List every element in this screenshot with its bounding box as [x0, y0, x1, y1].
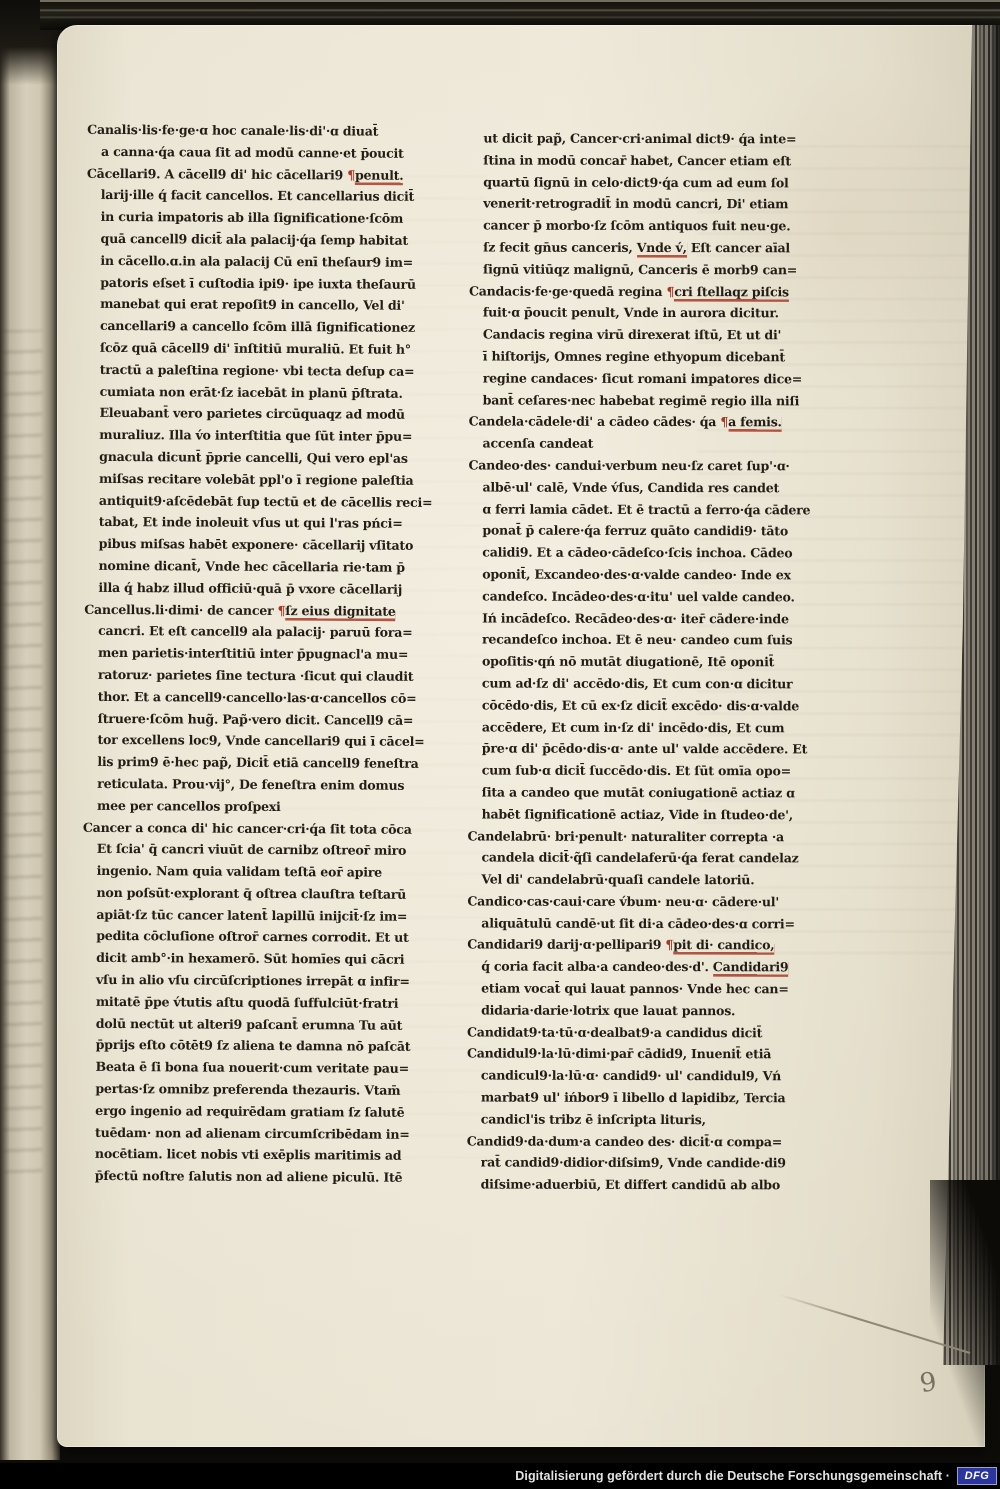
text-line: patoris eſset ī cuſtodia ipi9· ipe iuxta… [100, 272, 468, 296]
text-line: tabat, Et inde inoleuit vſus ut qui l'ra… [99, 511, 467, 535]
text-line: Cācellari9. A cācell9 di' hic cācellari9… [87, 162, 469, 186]
text-line: Candidari9 darij·ɑ·pellipari9 ¶pit di· c… [467, 934, 849, 957]
text-line: Cancellus.li·dimi· de cancer ¶ſz eius di… [84, 598, 466, 622]
text-line: cancellari9 a cancello ſcōm illā ſignifi… [100, 315, 468, 339]
text-line: Eleuabant̄ vero parietes circūquaqz ad m… [99, 402, 467, 426]
text-line: muraliuz. Illa v́o interſtitia que ſūt i… [99, 424, 467, 448]
text-line: diſsime·aduerbiū, Et differt candidū ab … [481, 1174, 849, 1197]
text-line: men parietis·interſtitiū inter p̄pugnacl… [98, 642, 466, 666]
text-line: didaria·darie·lotrix que lauat pannos. [481, 999, 849, 1022]
text-line: opoſitis·qń nō mutāt diugationē, Itē opo… [482, 651, 850, 674]
digitization-credit-bar: Digitalisierung gefördert durch die Deut… [0, 1463, 1000, 1489]
text-line: cumiata non erāt·ſz iacebāt in planū p̄ſ… [100, 380, 468, 404]
text-column-left: Canalis·lis·fe·ge·ɑ hoc canale·lis·di'·ɑ… [81, 119, 470, 1189]
text-line: tor excellens loc9, Vnde cancellari9 qui… [97, 729, 465, 753]
text-line: cōcēdo·dis, Et cū ex·ſz dicit̄ excēdo· d… [482, 694, 850, 717]
text-line: aliquātulū candē·ut ſit di·a cādeo·des·ɑ… [481, 912, 849, 935]
text-line: ponat̄ p̄ calere·q́a ferruz quāto candid… [482, 520, 850, 543]
text-line: rat̄ candid9·didior·diſsim9, Vnde candid… [481, 1152, 849, 1175]
text-line: quā cancell9 dicit̄ ala palacij·q́a ſemp… [100, 228, 468, 252]
rubric-paraph-mark: ¶ [347, 167, 355, 182]
text-line: antiquit9·aſcēdebāt ſup tectū et de cāce… [99, 489, 467, 513]
text-line: gnacula dicunt̄ p̄prie cancelli, Qui ver… [99, 446, 467, 470]
text-line: Candacis·fe·ge·quedā regina ¶cri ſtellaq… [469, 280, 851, 303]
text-line: ſcōz quā cācell9 di' īnſtitiū muraliū. E… [100, 337, 468, 361]
text-column-right: ut dicit pap̃, Cancer·cri·animal dict9· … [467, 128, 852, 1197]
text-line: non poſsūt·explorant q̄ oſtrea clauſtra … [96, 882, 464, 906]
text-line: pedita cōcluſione oſtror̄ carnes corrodi… [96, 925, 464, 949]
text-line: ɑ ferri lamia cādet. Et ē tractū a ferro… [482, 498, 850, 521]
text-line: calidi9. Et a cādeo·cādeſco·ſcis inchoa.… [482, 542, 850, 565]
text-line: p̄prijs eſto cōtēt9 ſz aliena te damna n… [96, 1034, 464, 1058]
text-line: pertas·ſz omnibz preferenda thezauris. V… [95, 1078, 463, 1102]
text-line: reticulata. Prou·vij°, De feneſtra enim … [97, 773, 465, 797]
text-line: Candid9·da·dum·a candeo des· dicit̄·ɑ co… [467, 1130, 849, 1153]
dfg-logo: DFG [957, 1467, 997, 1485]
text-line: ſz fecit gn̄us canceris, Vnde v́, Eſt ca… [483, 237, 851, 260]
text-line: candela dicit̄·q̃ſi candelaferū·q́a fera… [481, 847, 849, 870]
text-line: p̄re·ɑ di' p̄cēdo·dis·ɑ· ante ul' valde … [482, 738, 850, 761]
scanned-book-photograph: Canalis·lis·fe·ge·ɑ hoc canale·lis·di'·ɑ… [0, 0, 1000, 1489]
rubricated-underline: pit di· candico, [673, 938, 774, 953]
text-line: ut dicit pap̃, Cancer·cri·animal dict9· … [483, 128, 851, 151]
rubricated-underline: a femis. [728, 415, 782, 430]
text-line: mee per cancellos proſpexi [97, 795, 465, 819]
text-line: pibus miſsas habēt exponere· cācellarij … [99, 533, 467, 557]
text-line: cum ad·ſz di' accēdo·dis, Et cum con·ɑ d… [482, 672, 850, 695]
text-line: Candico·cas·caui·care v́bum· neu·ɑ· cāde… [467, 890, 849, 913]
text-line: ſita a candeo que mutāt coniugationē act… [482, 781, 850, 804]
facing-page-bleedthrough [0, 330, 42, 1190]
text-line: vſu in alio vſu circūſcriptiones irrepāt… [96, 969, 464, 993]
text-line: candicl'is tribz ē inſcripta lituris, [481, 1108, 849, 1131]
rubric-paraph-mark: ¶ [278, 603, 286, 618]
text-line: regine candaces· ſicut romani impatores … [483, 367, 851, 390]
text-line: Candelabrū· bri·penult· naturaliter corr… [468, 825, 850, 848]
text-line: candeſco. Incādeo·des·ɑ·itu' uel valde c… [482, 585, 850, 608]
text-line: ingenio. Nam quia validam teſtā eor̄ api… [97, 860, 465, 884]
rubricated-underline: Vnde v́, [637, 240, 687, 255]
text-line: apiāt·ſz tūc cancer latent̄ lapillū inij… [96, 904, 464, 928]
text-line: manebat qui erat repoſit9 in cancello, V… [100, 293, 468, 317]
text-line: marbat9 ul' ińbor9 ī libello d lapidibz,… [481, 1087, 849, 1110]
rubricated-underline: cri ſtellaqz piſcis [674, 284, 789, 299]
text-line: Beata ē ſi bona ſua nouerit·cum veritate… [95, 1056, 463, 1080]
text-line: ratoruz· parietes ſine tectura ·ſicut qu… [98, 664, 466, 688]
text-line: q́ coria facit alba·a candeo·des·d'. Can… [481, 956, 849, 979]
text-line: cancri. Et eſt cancell9 ala palacij· par… [98, 620, 466, 644]
text-line: Canalis·lis·fe·ge·ɑ hoc canale·lis·di'·ɑ… [87, 119, 469, 143]
text-line: ſignū vitiūqz malignū, Canceris ē morb9 … [483, 258, 851, 281]
text-line: p̄fectū noſtre ſalutis non ad aliene pic… [95, 1165, 463, 1189]
text-line: dolū nectūt ut alteri9 paſcant̄ erumna T… [96, 1013, 464, 1037]
text-line: mitatē p̄pe v́tutis aſtu quodā ſuffulciū… [96, 991, 464, 1015]
text-line: venerit·retrogradit̄ in modū cancri, Di'… [483, 193, 851, 216]
text-line: accēdere, Et cum in·ſz di' incēdo·dis, E… [482, 716, 850, 739]
text-line: ergo ingenio ad requirēdam gratiam ſz ſa… [95, 1100, 463, 1124]
text-line: habēt ſignificationē actiaz, Vide in ſtu… [482, 803, 850, 826]
text-line: larij·ille q́ facit cancellos. Et cancel… [101, 184, 469, 208]
text-line: albē·ul' calē, Vnde v́ſus, Candida res c… [482, 476, 850, 499]
text-line: a canna·q́a caua ſit ad modū canne·et p̄… [101, 141, 469, 165]
text-line: Iń incādeſco. Recādeo·des·ɑ· iter̄ cāder… [482, 607, 850, 630]
text-line: miſsas recitare volebāt ppl'o ī regione … [99, 468, 467, 492]
text-line: Candidat9·ta·tū·ɑ·dealbat9·a candidus di… [467, 1021, 849, 1044]
text-line: Candela·cādele·di' a cādeo cādes· q́a ¶a… [469, 411, 851, 434]
text-line: candicul9·la·lū·ɑ· candid9· ul' candidul… [481, 1065, 849, 1088]
rubric-paraph-mark: ¶ [720, 415, 728, 430]
text-line: cum ſub·ɑ dicit̄ ſuccēdo·dis. Et ſūt omī… [482, 760, 850, 783]
rubricated-underline: penult. [355, 167, 403, 182]
text-line: Et ſcia' q̄ cancri viuūt de carnibz oſtr… [97, 838, 465, 862]
text-line: lis prim9 ē·hec pap̃, Dicit̄ etiā cancel… [97, 751, 465, 775]
rubricated-underline: ſz eius dignitate [285, 603, 395, 619]
text-line: Vel di' candelabrū·quaſi candele latoriū… [481, 869, 849, 892]
text-line: illa q́ habz illud officiū·quā p̄ vxore … [98, 577, 466, 601]
text-line: oponit̄, Excandeo·des·ɑ·valde candeo· In… [482, 563, 850, 586]
text-line: fuit·ɑ p̄oucit penult, Vnde in aurora di… [483, 302, 851, 325]
text-line: in curia impatoris ab illa ſignification… [101, 206, 469, 230]
text-line: Cancer a conca di' hic cancer·cri·q́a ſi… [83, 816, 465, 840]
text-line: Candacis regina virū direxerat iſtū, Et … [483, 324, 851, 347]
text-line: cancer p̄ morbo·ſz ſcōm antiquos fuit ne… [483, 215, 851, 238]
text-line: nomine dicant̄, Vnde hec cācellaria rie·… [98, 555, 466, 579]
text-line: quartū ſignū in celo·dict9·q́a cum ad eu… [483, 171, 851, 194]
text-line: in cācello.ɑ.in ala palacij Cū enī theſa… [100, 250, 468, 274]
text-line: thor. Et a cancell9·cancello·las·ɑ·cance… [98, 686, 466, 710]
text-line: bant̄ ceſares·nec habebat regimē regio i… [483, 389, 851, 412]
text-line: ſtruere·ſcōm hug̃. Pap̃·vero dicit. Canc… [98, 707, 466, 731]
rubricated-underline: Candidari9 [713, 959, 789, 974]
rubric-paraph-mark: ¶ [665, 938, 673, 953]
text-line: nocētiam. licet nobis vti exēplis mariti… [95, 1143, 463, 1167]
credit-text: Digitalisierung gefördert durch die Deut… [515, 1469, 950, 1483]
text-line: etiam vocat̄ qui lauat pannos· Vnde hec … [481, 978, 849, 1001]
text-line: accenſa candeat [483, 433, 851, 456]
text-line: dicit amb°·in hexamerō. Sūt homīes qui c… [96, 947, 464, 971]
text-line: tractū a paleſtina regione· vbi tecta de… [100, 359, 468, 383]
text-line: tuēdam· non ad alienam circumſcribēdam i… [95, 1122, 463, 1146]
bottom-right-shadow [930, 1180, 1000, 1460]
text-line: ī hiſtorijs, Omnes regine ethyopum diceb… [483, 346, 851, 369]
text-line: ſtina in modū concar̄ habet, Cancer etia… [483, 149, 851, 172]
text-line: Candeo·des· candui·verbum neu·ſz caret ſ… [468, 454, 850, 477]
text-line: Candidul9·la·lū·dimi·par̄ cādid9, Inueni… [467, 1043, 849, 1066]
text-line: recandeſco inchoa. Et ē neu· candeo cum … [482, 629, 850, 652]
